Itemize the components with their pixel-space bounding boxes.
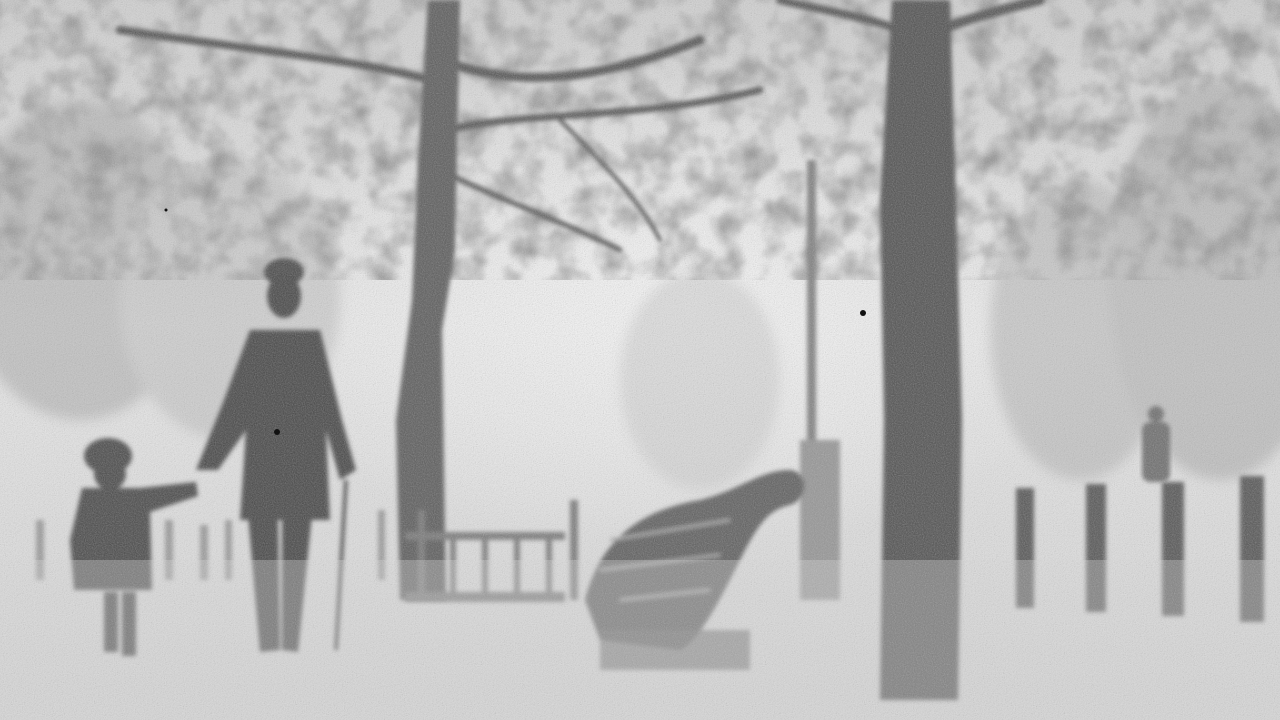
film-grain [0,0,1280,720]
photo-canvas [0,0,1280,720]
foggy-park-photograph [0,0,1280,720]
